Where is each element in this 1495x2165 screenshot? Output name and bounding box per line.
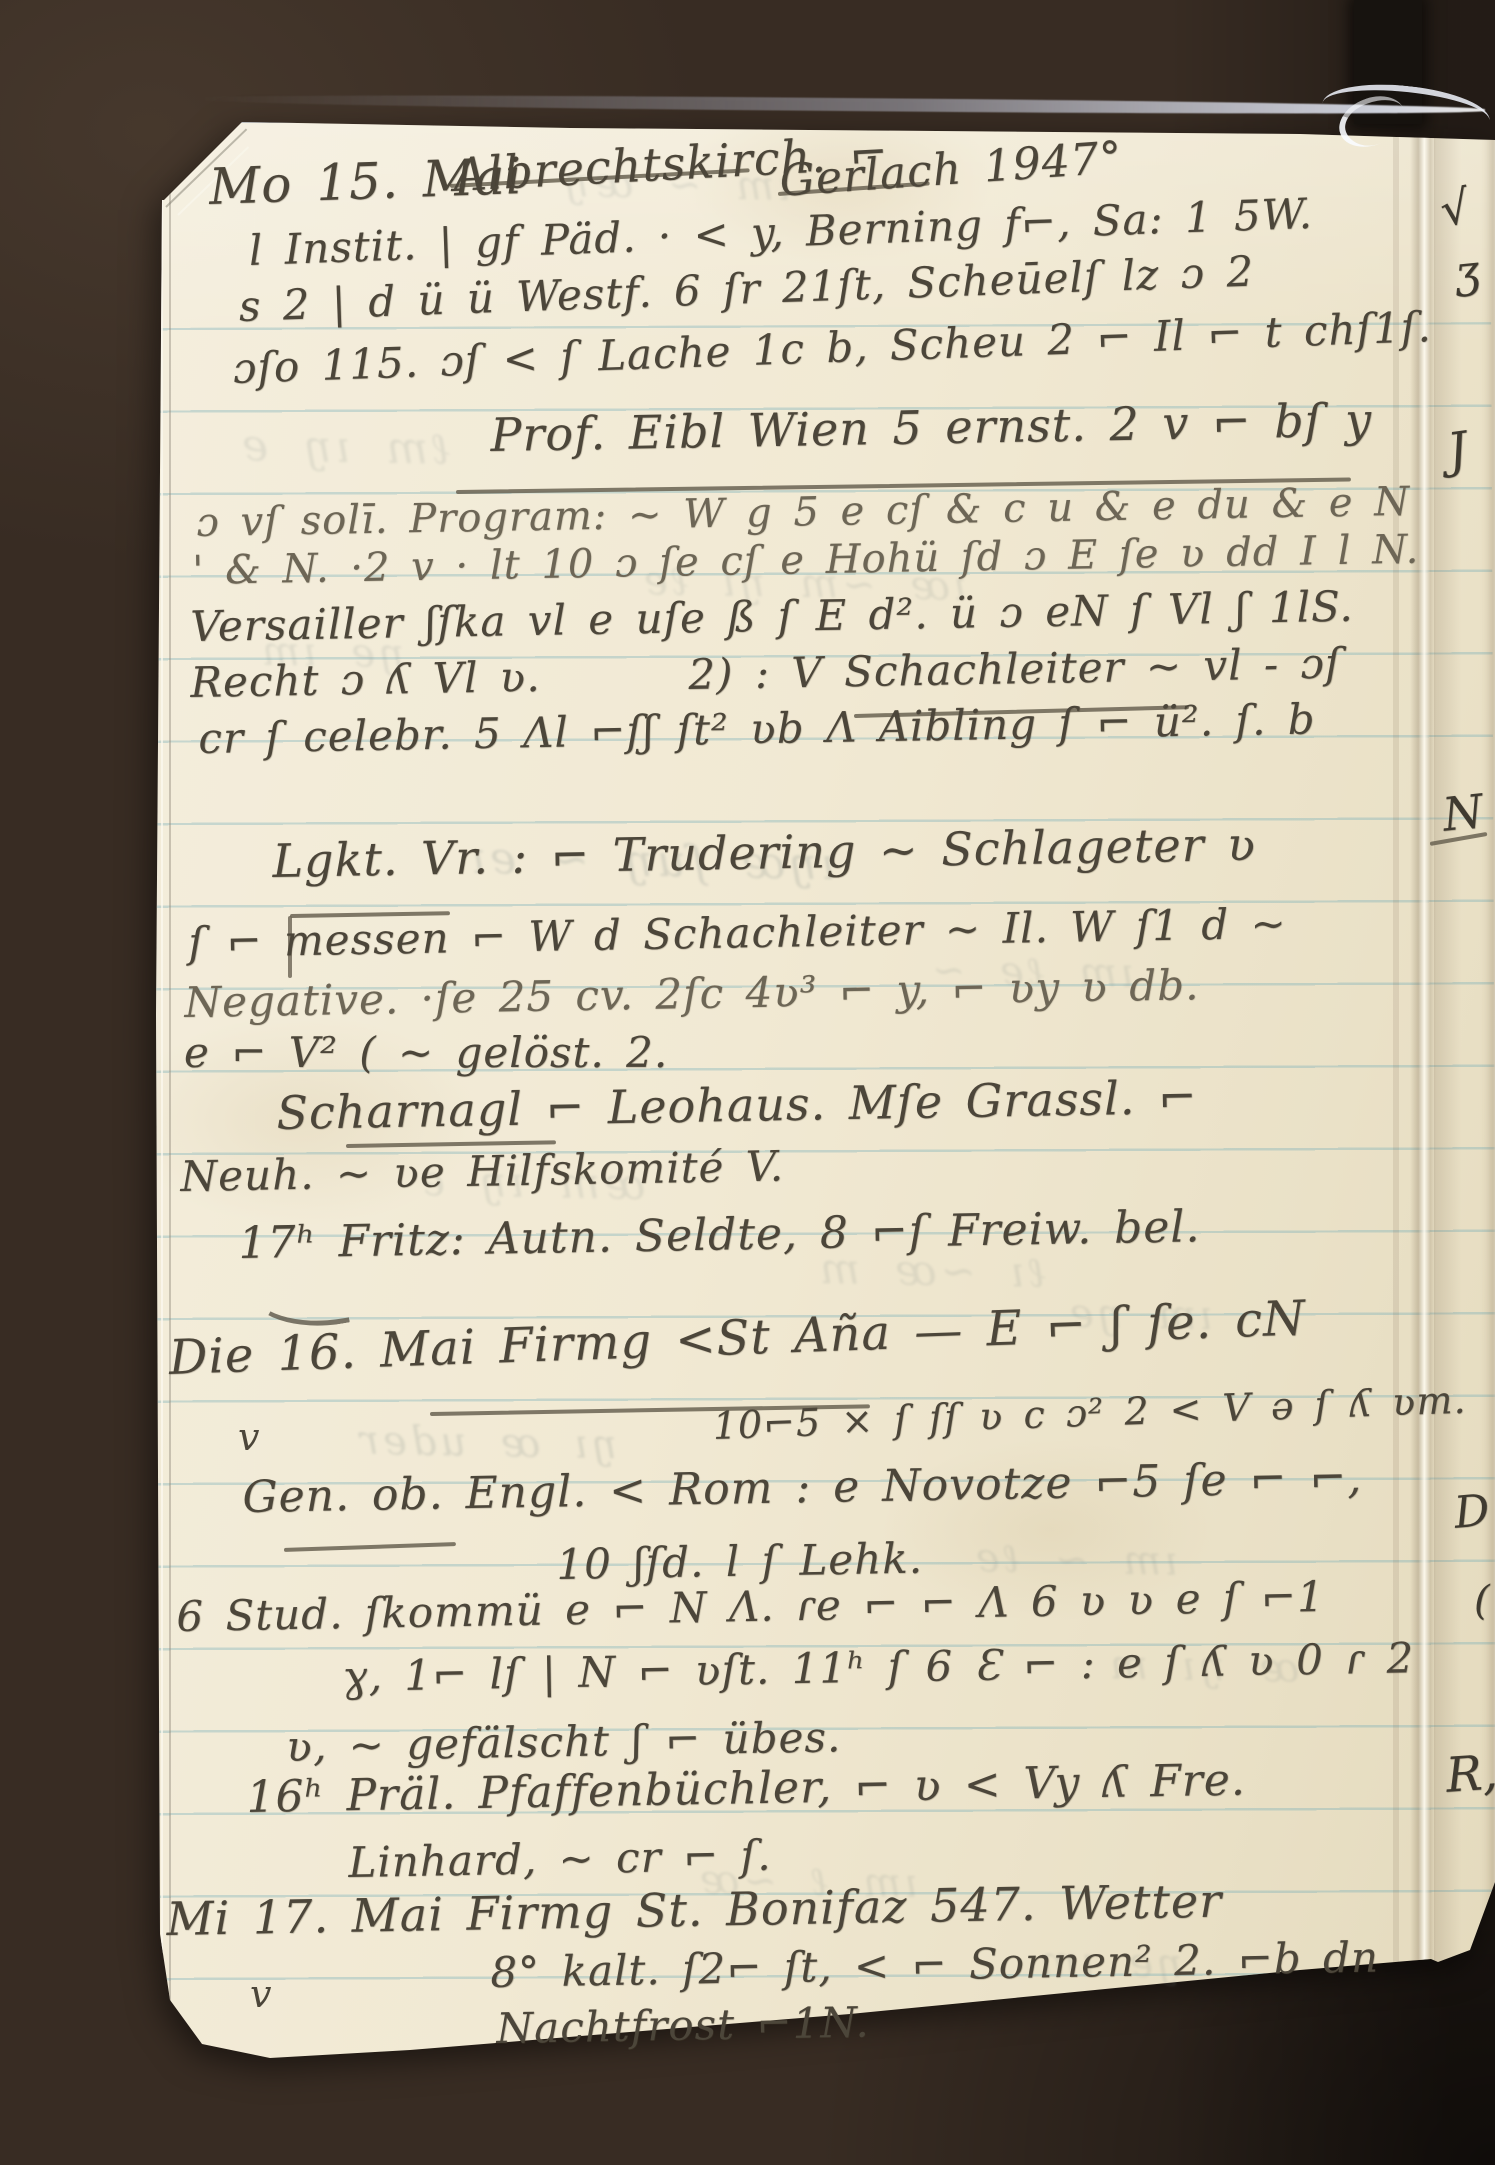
page-stack-edge-line	[154, 176, 156, 2058]
page-stack-edge-line	[169, 176, 171, 2058]
handwriting-line: Nachtfrost ⌐1N.	[496, 1997, 870, 2053]
page-stack-edge-line	[161, 176, 163, 2058]
facing-page-fragment: ʒ	[1452, 245, 1482, 298]
bleedthrough-text: ŋı œ uder	[356, 1418, 618, 1469]
handwriting-line: Linhard, ~ cr ⌐ ſ.	[348, 1831, 772, 1887]
bleedthrough-text: ℓm ıŋ e	[238, 420, 451, 475]
page-edge-highlight	[200, 92, 1485, 116]
page-fold-shadow	[1393, 114, 1399, 2076]
margin-checkmark: v	[238, 1415, 259, 1459]
margin-checkmark: v	[250, 1972, 271, 2016]
facing-page-fragment: N	[1440, 784, 1486, 842]
handwriting-line: Recht ɔ ʎ Vl ʋ.	[190, 652, 541, 707]
notebook-photograph: ım ~ œŋℓm ıŋ eıœ ~m ŋı ℓeŋe ımıŋœ ſuŋ ~ …	[0, 0, 1495, 2165]
page-gutter-crease	[1410, 114, 1436, 2076]
facing-page-fragment: R,	[1444, 1744, 1495, 1803]
facing-page-fragment: (	[1474, 1578, 1490, 1624]
handwriting-line: e ⌐ V² ( ~ gelöst. 2.	[184, 1028, 668, 1077]
facing-page-fragment: D	[1452, 1485, 1492, 1539]
page-top-edge-line	[230, 121, 1487, 123]
